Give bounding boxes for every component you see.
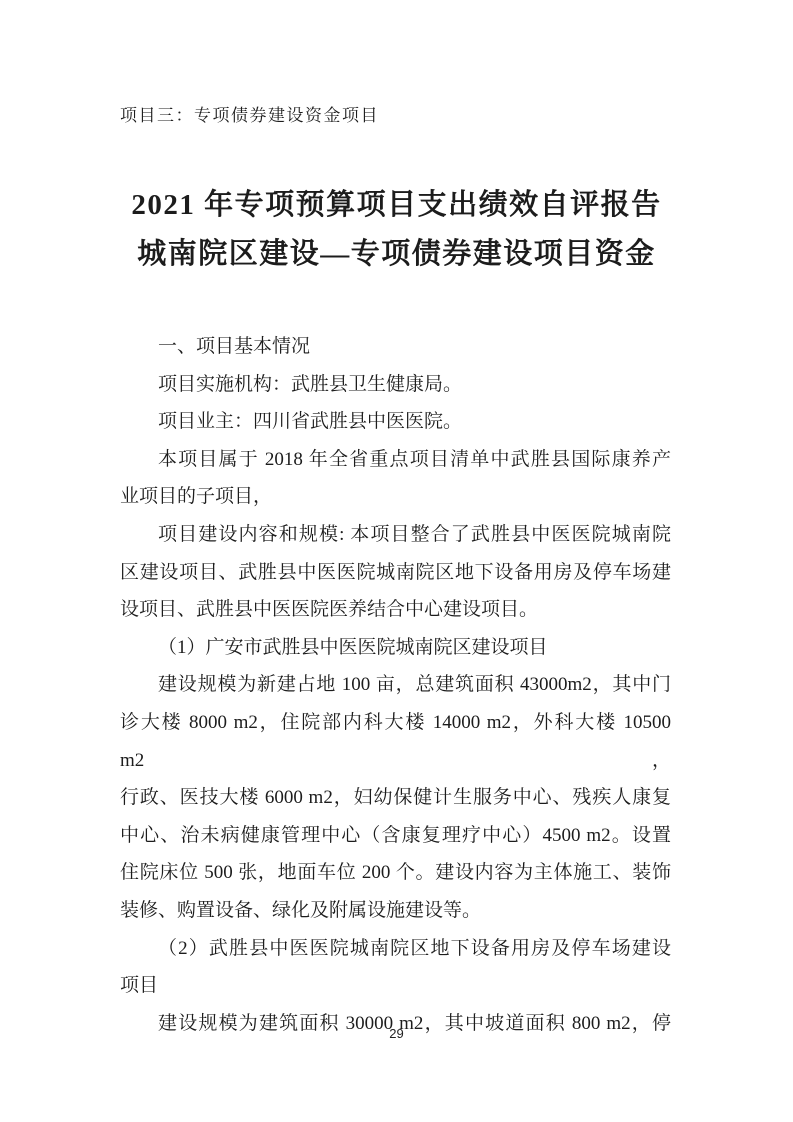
text-line: 业项目的子项目， bbox=[120, 478, 671, 516]
document-page: 项目三：专项债券建设资金项目 2021 年专项预算项目支出绩效自评报告 城南院区… bbox=[0, 0, 793, 1122]
text-line: 设项目、武胜县中医医院医养结合中心建设项目。 bbox=[120, 591, 671, 629]
text-line: （2）武胜县中医医院城南院区地下设备用房及停车场建设 bbox=[120, 930, 671, 968]
text-line: 行政、医技大楼 6000 m2，妇幼保健计生服务中心、残疾人康复 bbox=[120, 779, 671, 817]
text-line: 项目 bbox=[120, 967, 671, 1005]
text-line: 本项目属于 2018 年全省重点项目清单中武胜县国际康养产 bbox=[120, 441, 671, 479]
document-body: 一、项目基本情况项目实施机构：武胜县卫生健康局。项目业主：四川省武胜县中医医院。… bbox=[120, 328, 671, 1042]
text-line: 诊大楼 8000 m2，住院部内科大楼 14000 m2，外科大楼 10500 … bbox=[120, 704, 671, 779]
doc-header-label: 项目三：专项债券建设资金项目 bbox=[120, 101, 379, 126]
text-line: 建设规模为新建占地 100 亩，总建筑面积 43000m2，其中门 bbox=[120, 666, 671, 704]
text-line: 一、项目基本情况 bbox=[120, 328, 671, 366]
text-line: （1）广安市武胜县中医医院城南院区建设项目 bbox=[120, 629, 671, 667]
doc-title: 2021 年专项预算项目支出绩效自评报告 城南院区建设—专项债券建设项目资金 bbox=[50, 181, 743, 279]
text-line: 中心、治未病健康管理中心（含康复理疗中心）4500 m2。设置 bbox=[120, 817, 671, 855]
page-number: 29 bbox=[0, 1026, 793, 1041]
doc-title-line2: 城南院区建设—专项债券建设项目资金 bbox=[50, 230, 743, 279]
text-line: 项目实施机构：武胜县卫生健康局。 bbox=[120, 366, 671, 404]
text-line: 装修、购置设备、绿化及附属设施建设等。 bbox=[120, 892, 671, 930]
doc-title-line1: 2021 年专项预算项目支出绩效自评报告 bbox=[50, 181, 743, 230]
text-line: 项目建设内容和规模: 本项目整合了武胜县中医医院城南院 bbox=[120, 516, 671, 554]
text-line: 区建设项目、武胜县中医医院城南院区地下设备用房及停车场建 bbox=[120, 554, 671, 592]
text-line: 项目业主：四川省武胜县中医医院。 bbox=[120, 403, 671, 441]
text-line: 住院床位 500 张，地面车位 200 个。建设内容为主体施工、装饰 bbox=[120, 854, 671, 892]
